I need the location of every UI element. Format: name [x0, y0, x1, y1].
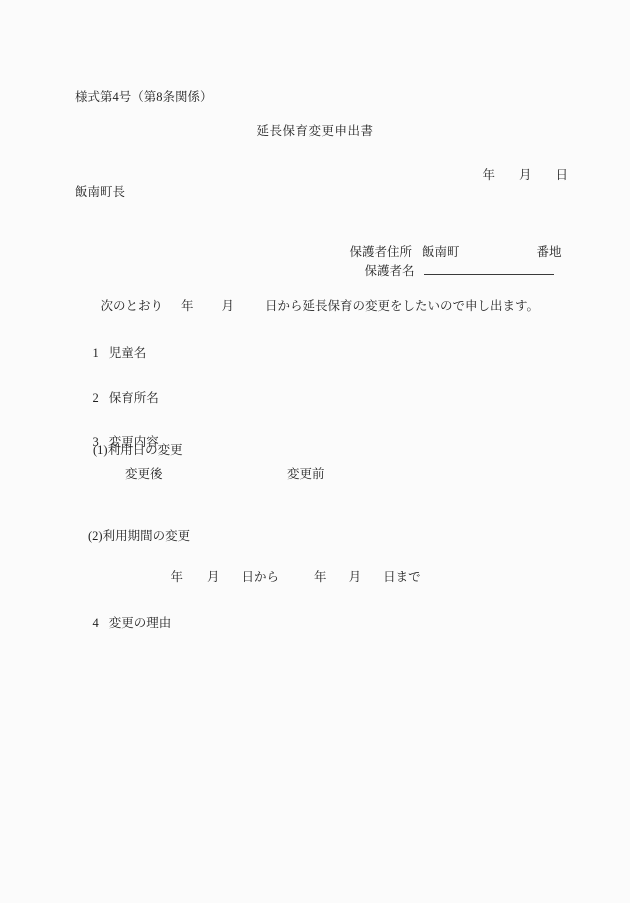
guardian-name-field — [424, 261, 554, 275]
sub-item-usage-period-change: (2)利用期間の変更 — [88, 529, 190, 544]
intro-month-label: 月 — [222, 299, 235, 313]
item-child-name: 1児童名 — [80, 331, 146, 376]
item4-number: 4 — [93, 616, 99, 630]
item1-number: 1 — [93, 346, 99, 360]
item-change-reason: 4変更の理由 — [80, 601, 171, 646]
intro-year-label: 年 — [181, 299, 194, 313]
period-from-year-label: 年 — [171, 570, 184, 584]
date-line: 年月日 — [470, 153, 568, 198]
item2-number: 2 — [93, 391, 99, 405]
document-title: 延長保育変更申出書 — [0, 124, 630, 139]
sub-item-usage-date-change: (1)利用日の変更 — [93, 443, 183, 458]
document-page: 様式第4号（第8条関係） 延長保育変更申出書 年月日 飯南町長 保護者住所飯南町… — [0, 0, 630, 903]
date-month-label: 月 — [519, 168, 532, 182]
period-from-day-label: 日から — [242, 570, 280, 584]
before-change-label: 変更前 — [287, 467, 325, 482]
period-from-month-label: 月 — [207, 570, 220, 584]
item1-label: 児童名 — [109, 346, 147, 360]
period-to-day-label: 日まで — [383, 570, 421, 584]
item4-label: 変更の理由 — [109, 616, 172, 630]
period-to-year-label: 年 — [314, 570, 327, 584]
form-number: 様式第4号（第8条関係） — [75, 90, 213, 105]
addressee: 飯南町長 — [75, 185, 125, 200]
intro-lead: 次のとおり — [101, 299, 164, 313]
period-line: 年月日から年月日まで — [158, 555, 421, 600]
period-to-month-label: 月 — [349, 570, 362, 584]
date-year-label: 年 — [483, 168, 496, 182]
guardian-name-label: 保護者名 — [365, 264, 415, 278]
date-day-label: 日 — [556, 168, 569, 182]
intro-sentence: 次のとおり年月日から延長保育の変更をしたいので申し出ます。 — [88, 284, 539, 329]
after-change-label: 変更後 — [125, 467, 163, 482]
item2-label: 保育所名 — [109, 391, 159, 405]
item-nursery-name: 2保育所名 — [80, 376, 159, 421]
intro-tail: 日から延長保育の変更をしたいので申し出ます。 — [265, 299, 539, 313]
